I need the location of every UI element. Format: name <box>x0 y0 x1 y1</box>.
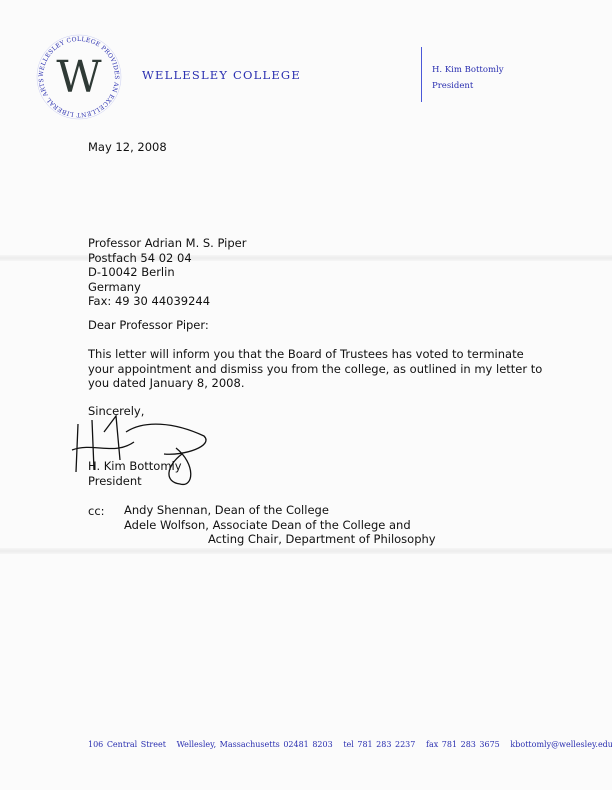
sender-name: H. Kim Bottomly <box>432 62 504 78</box>
cc-entry-continued: Acting Chair, Department of Philosophy <box>124 532 436 547</box>
letter-body: This letter will inform you that the Boa… <box>88 347 542 391</box>
cc-entry: Andy Shennan, Dean of the College <box>124 503 436 518</box>
footer-address: 106 Central Street <box>88 740 166 749</box>
cc-list: Andy Shennan, Dean of the College Adele … <box>124 503 436 547</box>
signature-name: H. Kim Bottomly <box>88 459 182 474</box>
recipient-line: Postfach 54 02 04 <box>88 251 246 266</box>
footer-city: Wellesley, Massachusetts 02481 8203 <box>177 740 333 749</box>
recipient-line: D-10042 Berlin <box>88 265 246 280</box>
college-name: WELLESLEY COLLEGE <box>142 68 301 82</box>
college-seal-logo: WELLESLEY COLLEGE PROVIDES AN EXCELLENT … <box>36 34 122 120</box>
footer-fax: fax 781 283 3675 <box>426 740 500 749</box>
body-line: you dated January 8, 2008. <box>88 376 542 391</box>
letter-date: May 12, 2008 <box>88 140 167 155</box>
recipient-line: Germany <box>88 280 246 295</box>
salutation: Dear Professor Piper: <box>88 318 209 333</box>
paper-fold <box>0 548 612 554</box>
sender-block: H. Kim Bottomly President <box>432 62 504 94</box>
body-line: This letter will inform you that the Boa… <box>88 347 542 362</box>
sender-title: President <box>432 78 504 94</box>
seal-letter: W <box>56 52 102 103</box>
cc-label: cc: <box>88 504 105 518</box>
recipient-line: Fax: 49 30 44039244 <box>88 294 246 309</box>
footer-email: kbottomly@wellesley.edu <box>510 740 612 749</box>
recipient-line: Professor Adrian M. S. Piper <box>88 236 246 251</box>
body-line: your appointment and dismiss you from th… <box>88 362 542 377</box>
signature-block: H. Kim Bottomly President <box>88 459 182 488</box>
footer-tel: tel 781 283 2237 <box>343 740 415 749</box>
divider <box>421 47 422 102</box>
letterhead-footer: 106 Central Street Wellesley, Massachuse… <box>88 740 612 749</box>
recipient-address: Professor Adrian M. S. Piper Postfach 54… <box>88 236 246 309</box>
signature-title: President <box>88 474 182 489</box>
cc-entry: Adele Wolfson, Associate Dean of the Col… <box>124 518 436 533</box>
